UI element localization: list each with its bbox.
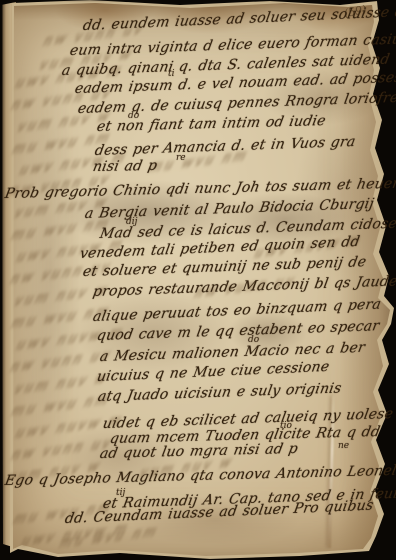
superscript-abbreviation: tij <box>116 488 125 498</box>
superscript-abbreviation: ne <box>338 441 349 451</box>
superscript-abbreviation: do <box>128 111 139 121</box>
superscript-abbreviation: ti <box>168 69 175 79</box>
superscript-abbreviation: do <box>248 335 259 345</box>
handwritten-text-layer: (59) dd. eundem iuasse ad soluer seu sol… <box>0 0 396 560</box>
manuscript-photo: uwv nuvw mnw vunn uvvum nuv wmu wvu nmuw… <box>0 0 396 560</box>
manuscript-line: dess per Amancia d. et in Vuos gra <box>94 134 357 159</box>
superscript-abbreviation: tio <box>280 421 292 431</box>
superscript-abbreviation: dij <box>126 217 137 227</box>
manuscript-line: Ego q Josepho Magliano qta conova Antoni… <box>4 462 396 489</box>
manuscript-line: atq Juado uicisiun e suly originis <box>97 380 343 405</box>
manuscript-line: nisi ad p <box>91 158 158 175</box>
manuscript-line: dd. eundem iuasse ad soluer seu soluisse… <box>82 3 396 34</box>
superscript-abbreviation: re <box>176 153 186 163</box>
